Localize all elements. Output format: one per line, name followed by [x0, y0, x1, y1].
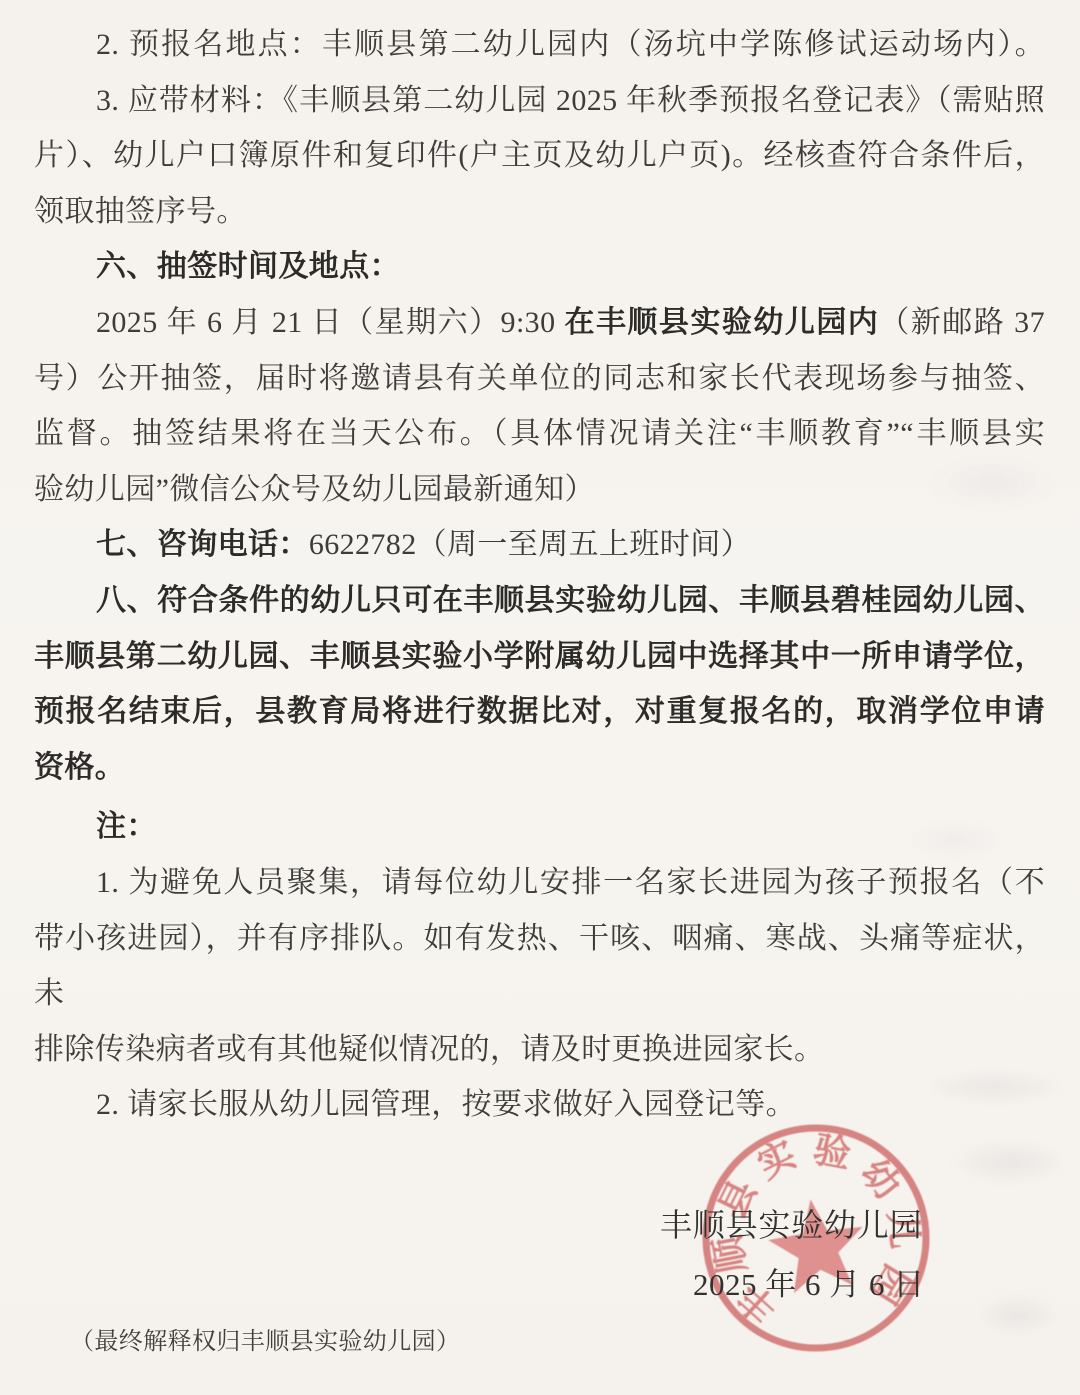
signature-organization: 丰顺县实验幼儿园	[660, 1200, 922, 1246]
text-segment: 排除传染病者或有其他疑似情况的，请及时更换进园家长。	[34, 1033, 824, 1066]
doc-line-17: 带小孩进园），并有序排队。如有发热、干咳、咽痛、寒战、头痛等症状，未	[34, 911, 1045, 1022]
doc-line-8: 监督。抽签结果将在当天公布。（具体情况请关注“丰顺教育”“丰顺县实	[34, 406, 1045, 462]
doc-line-13: 预报名结束后，县教育局将进行数据比对，对重复报名的，取消学位申请	[34, 684, 1045, 740]
doc-line-3: 片）、幼儿户口簿原件和复印件(户主页及幼儿户页)。经核查符合条件后，	[34, 128, 1045, 184]
text-segment: 带小孩进园），并有序排队。如有发热、干咳、咽痛、寒战、头痛等症状，未	[34, 922, 1045, 1011]
seal-char: 幼	[852, 1152, 908, 1208]
seal-char: 验	[810, 1128, 854, 1176]
doc-line-14: 资格。	[34, 740, 1045, 796]
text-segment: 预报名结束后，县教育局将进行数据比对，对重复报名的，取消学位申请	[34, 695, 1045, 728]
text-segment: 1. 为避免人员聚集，请每位幼儿安排一名家长进园为孩子预报名（不	[96, 866, 1045, 899]
doc-line-11: 八、符合条件的幼儿只可在丰顺县实验幼儿园、丰顺县碧桂园幼儿园、	[34, 573, 1045, 629]
document-body: 2. 预报名地点：丰顺县第二幼儿园内（汤坑中学陈修试运动场内）。3. 应带材料：…	[34, 17, 1045, 1133]
doc-line-10: 七、咨询电话：6622782（周一至周五上班时间）	[34, 517, 1045, 573]
bleed-through-smudge	[975, 1295, 1060, 1335]
footnote-disclaimer: （最终解释权归丰顺县实验幼儿园）	[70, 1321, 460, 1356]
doc-line-1: 2. 预报名地点：丰顺县第二幼儿园内（汤坑中学陈修试运动场内）。	[34, 17, 1045, 73]
doc-line-9: 验幼儿园”微信公众号及幼儿园最新通知）	[34, 462, 1045, 518]
text-segment: 注：	[96, 810, 157, 843]
doc-line-7: 号）公开抽签，届时将邀请县有关单位的同志和家长代表现场参与抽签、	[34, 351, 1045, 407]
doc-line-6: 2025 年 6 月 21 日（星期六）9:30 在丰顺县实验幼儿园内（新邮路 …	[34, 295, 1045, 351]
text-segment: 验幼儿园”微信公众号及幼儿园最新通知）	[34, 473, 595, 506]
text-segment: 监督。抽签结果将在当天公布。（具体情况请关注“丰顺教育”“丰顺县实	[34, 417, 1045, 450]
text-segment: 3. 应带材料：《丰顺县第二幼儿园 2025 年秋季预报名登记表》（需贴照	[96, 84, 1045, 117]
bleed-through-smudge	[950, 1140, 1070, 1184]
doc-line-5: 六、抽签时间及地点：	[34, 239, 1045, 295]
doc-line-2: 3. 应带材料：《丰顺县第二幼儿园 2025 年秋季预报名登记表》（需贴照	[34, 73, 1045, 129]
text-segment: 2025 年 6 月 21 日（星期六）9:30	[96, 306, 564, 339]
doc-line-16: 1. 为避免人员聚集，请每位幼儿安排一名家长进园为孩子预报名（不	[34, 855, 1045, 911]
signature-date: 2025 年 6 月 6 日	[693, 1259, 925, 1304]
scanned-notice-page: 2. 预报名地点：丰顺县第二幼儿园内（汤坑中学陈修试运动场内）。3. 应带材料：…	[0, 0, 1080, 1395]
text-segment: 六、抽签时间及地点：	[96, 250, 400, 283]
text-segment: 七、咨询电话：	[96, 528, 309, 561]
text-segment: 领取抽签序号。	[34, 195, 247, 228]
text-segment: 八、符合条件的幼儿只可在丰顺县实验幼儿园、丰顺县碧桂园幼儿园、	[96, 584, 1045, 617]
text-segment: 资格。	[34, 751, 125, 784]
doc-line-12: 丰顺县第二幼儿园、丰顺县实验小学附属幼儿园中选择其中一所申请学位，	[34, 629, 1045, 685]
text-segment: 丰顺县第二幼儿园、丰顺县实验小学附属幼儿园中选择其中一所申请学位，	[34, 640, 1045, 673]
doc-line-15: 注：	[34, 799, 1045, 855]
text-segment: 6622782（周一至周五上班时间）	[309, 528, 751, 561]
doc-line-4: 领取抽签序号。	[34, 184, 1045, 240]
text-segment: （新邮路 37	[879, 306, 1045, 339]
text-segment: 号）公开抽签，届时将邀请县有关单位的同志和家长代表现场参与抽签、	[34, 362, 1045, 395]
text-segment: 在丰顺县实验幼儿园内	[564, 306, 879, 339]
doc-line-18: 排除传染病者或有其他疑似情况的，请及时更换进园家长。	[34, 1022, 1045, 1078]
text-segment: 2. 预报名地点：丰顺县第二幼儿园内（汤坑中学陈修试运动场内）。	[96, 28, 1045, 61]
text-segment: 片）、幼儿户口簿原件和复印件(户主页及幼儿户页)。经核查符合条件后，	[34, 139, 1045, 172]
